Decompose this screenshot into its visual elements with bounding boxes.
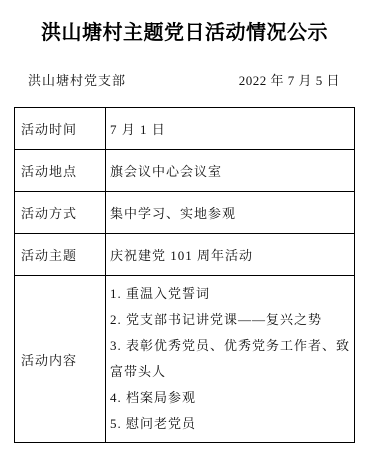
issuer-name: 洪山塘村党支部: [28, 70, 126, 89]
row-value: 庆祝建党 101 周年活动: [106, 234, 355, 276]
table-row: 活动方式集中学习、实地参观: [15, 192, 355, 234]
content-item: 2. 党支部书记讲党课——复兴之势: [110, 307, 350, 333]
publish-date: 2022 年 7 月 5 日: [239, 70, 340, 89]
row-label: 活动主题: [15, 234, 106, 276]
row-label: 活动地点: [15, 150, 106, 192]
announcement-page: 洪山塘村主题党日活动情况公示 洪山塘村党支部 2022 年 7 月 5 日 活动…: [0, 0, 368, 471]
activity-table: 活动时间7 月 1 日活动地点旗会议中心会议室活动方式集中学习、实地参观活动主题…: [14, 107, 355, 443]
table-row: 活动时间7 月 1 日: [15, 108, 355, 150]
content-item: 3. 表彰优秀党员、优秀党务工作者、致富带头人: [110, 333, 350, 385]
page-title: 洪山塘村主题党日活动情况公示: [14, 22, 355, 44]
content-item: 5. 慰问老党员: [110, 411, 350, 437]
meta-row: 洪山塘村党支部 2022 年 7 月 5 日: [14, 70, 355, 88]
row-value: 旗会议中心会议室: [106, 150, 355, 192]
content-item: 1. 重温入党誓词: [110, 281, 350, 307]
row-label: 活动内容: [15, 276, 106, 443]
table-row: 活动主题庆祝建党 101 周年活动: [15, 234, 355, 276]
row-value: 1. 重温入党誓词2. 党支部书记讲党课——复兴之势3. 表彰优秀党员、优秀党务…: [106, 276, 355, 443]
table-row: 活动地点旗会议中心会议室: [15, 150, 355, 192]
row-label: 活动方式: [15, 192, 106, 234]
row-value: 7 月 1 日: [106, 108, 355, 150]
content-item: 4. 档案局参观: [110, 385, 350, 411]
table-body: 活动时间7 月 1 日活动地点旗会议中心会议室活动方式集中学习、实地参观活动主题…: [15, 108, 355, 443]
row-label: 活动时间: [15, 108, 106, 150]
row-value: 集中学习、实地参观: [106, 192, 355, 234]
table-row: 活动内容1. 重温入党誓词2. 党支部书记讲党课——复兴之势3. 表彰优秀党员、…: [15, 276, 355, 443]
